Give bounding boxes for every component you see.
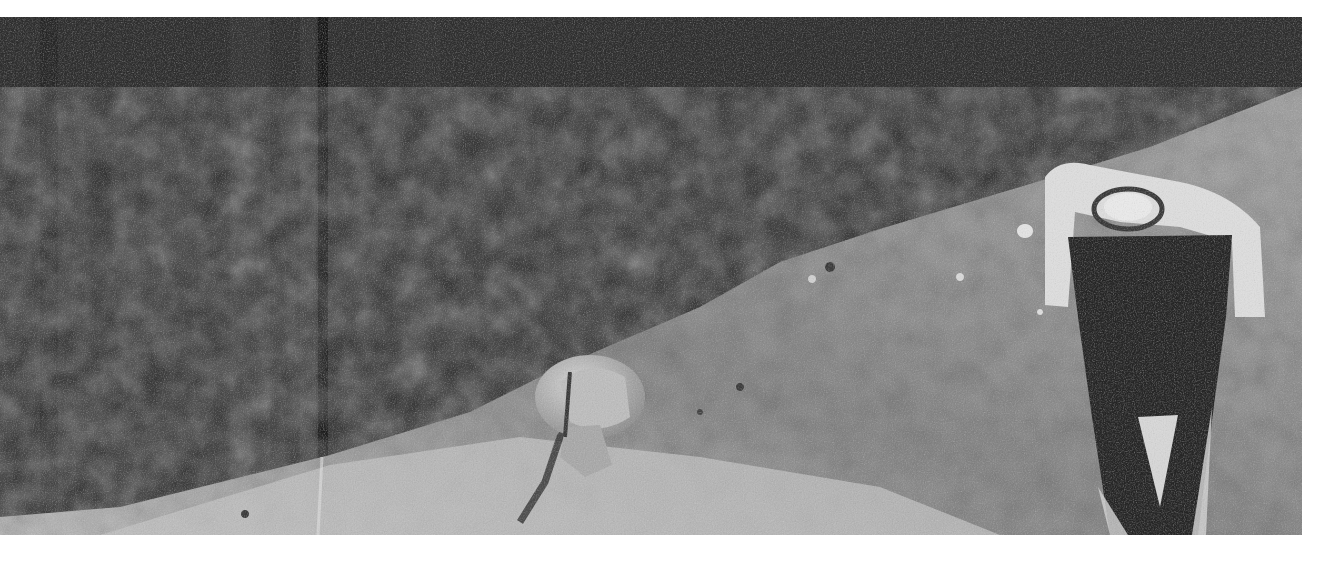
photo-rendering — [0, 17, 1302, 535]
caption-margin — [0, 535, 1317, 573]
photograph — [0, 17, 1302, 535]
right-paper-margin — [1302, 0, 1317, 573]
scanned-page — [0, 0, 1317, 573]
top-paper-margin — [0, 0, 1317, 17]
